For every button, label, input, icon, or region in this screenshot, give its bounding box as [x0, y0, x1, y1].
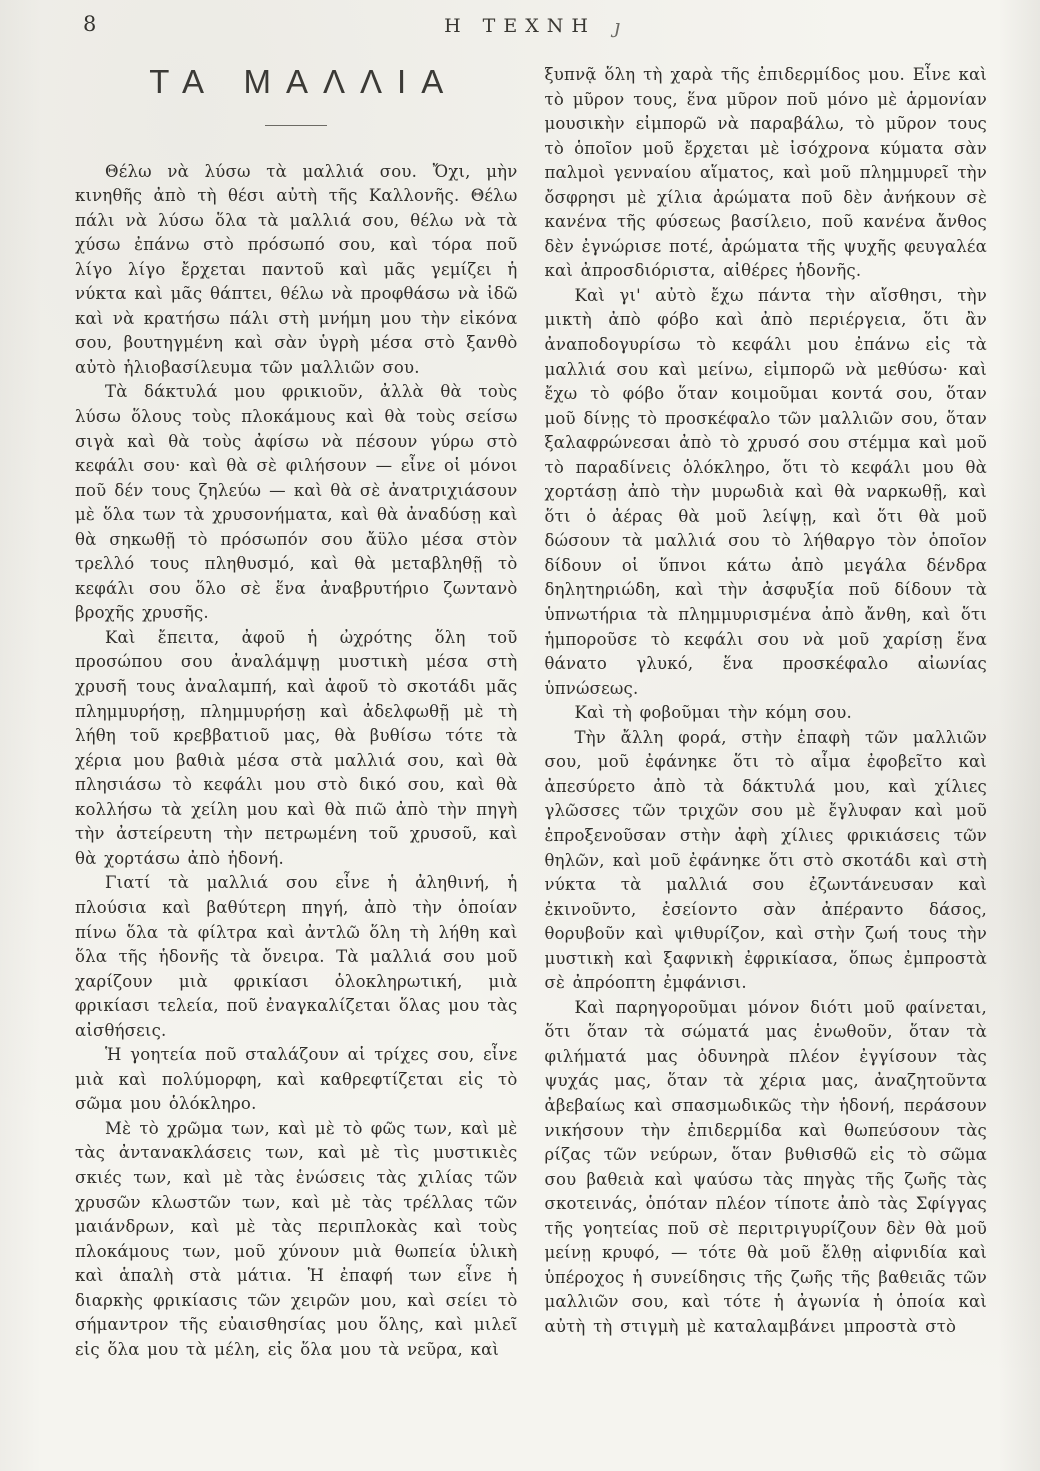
- paragraph: Θέλω νὰ λύσω τὰ μαλλιά σου. Ὄχι, μὴν κιν…: [75, 160, 518, 381]
- paragraph: Τὴν ἄλλη φορά, στὴν ἐπαφὴ τῶν μαλλιῶν σο…: [545, 726, 988, 996]
- text-columns: ΤΑ ΜΑΛΛΙΑ Θέλω νὰ λύσω τὰ μαλλιά σου. Ὄχ…: [75, 56, 987, 1362]
- paragraph: Καὶ ἔπειτα, ἀφοῦ ἡ ὠχρότης ὅλη τοῦ προσώ…: [75, 626, 518, 871]
- left-column: ΤΑ ΜΑΛΛΙΑ Θέλω νὰ λύσω τὰ μαλλιά σου. Ὄχ…: [75, 56, 518, 1362]
- journal-title: Η ΤΕΧΝΗ: [0, 15, 1040, 37]
- ink-smudge: ȷ: [614, 14, 620, 38]
- paragraph: Τὰ δάκτυλά μου φρικιοῦν, ἀλλὰ θὰ τοὺς λύ…: [75, 380, 518, 625]
- paragraph: Μὲ τὸ χρῶμα των, καὶ μὲ τὸ φῶς των, καὶ …: [75, 1117, 518, 1362]
- scanned-magazine-page: 8 Η ΤΕΧΝΗ ȷ ΤΑ ΜΑΛΛΙΑ Θέλω νὰ λύσω τὰ μα…: [0, 0, 1040, 1471]
- paragraph: Καὶ τὴ φοβοῦμαι τὴν κόμη σου.: [545, 701, 988, 726]
- right-column-text: ξυπνᾷ ὅλη τὴ χαρὰ τῆς ἐπιδερμίδος μου. Ε…: [545, 63, 988, 1339]
- paragraph: Καὶ γι' αὐτὸ ἔχω πάντα τὴν αἴσθησι, τὴν …: [545, 284, 988, 701]
- paragraph: ξυπνᾷ ὅλη τὴ χαρὰ τῆς ἐπιδερμίδος μου. Ε…: [545, 63, 988, 284]
- paragraph: Γιατί τὰ μαλλιά σου εἶνε ἡ ἀληθινή, ἡ πλ…: [75, 871, 518, 1043]
- left-column-text: Θέλω νὰ λύσω τὰ μαλλιά σου. Ὄχι, μὴν κιν…: [75, 160, 518, 1363]
- article-header: ΤΑ ΜΑΛΛΙΑ: [75, 70, 518, 126]
- paragraph: Ἡ γοητεία ποῦ σταλάζουν αἱ τρίχες σου, ε…: [75, 1043, 518, 1117]
- article-title: ΤΑ ΜΑΛΛΙΑ: [134, 70, 458, 95]
- title-rule: [265, 125, 327, 126]
- paragraph: Καὶ παρηγοροῦμαι μόνον διότι μοῦ φαίνετα…: [545, 996, 988, 1340]
- right-column: ξυπνᾷ ὅλη τὴ χαρὰ τῆς ἐπιδερμίδος μου. Ε…: [545, 56, 988, 1362]
